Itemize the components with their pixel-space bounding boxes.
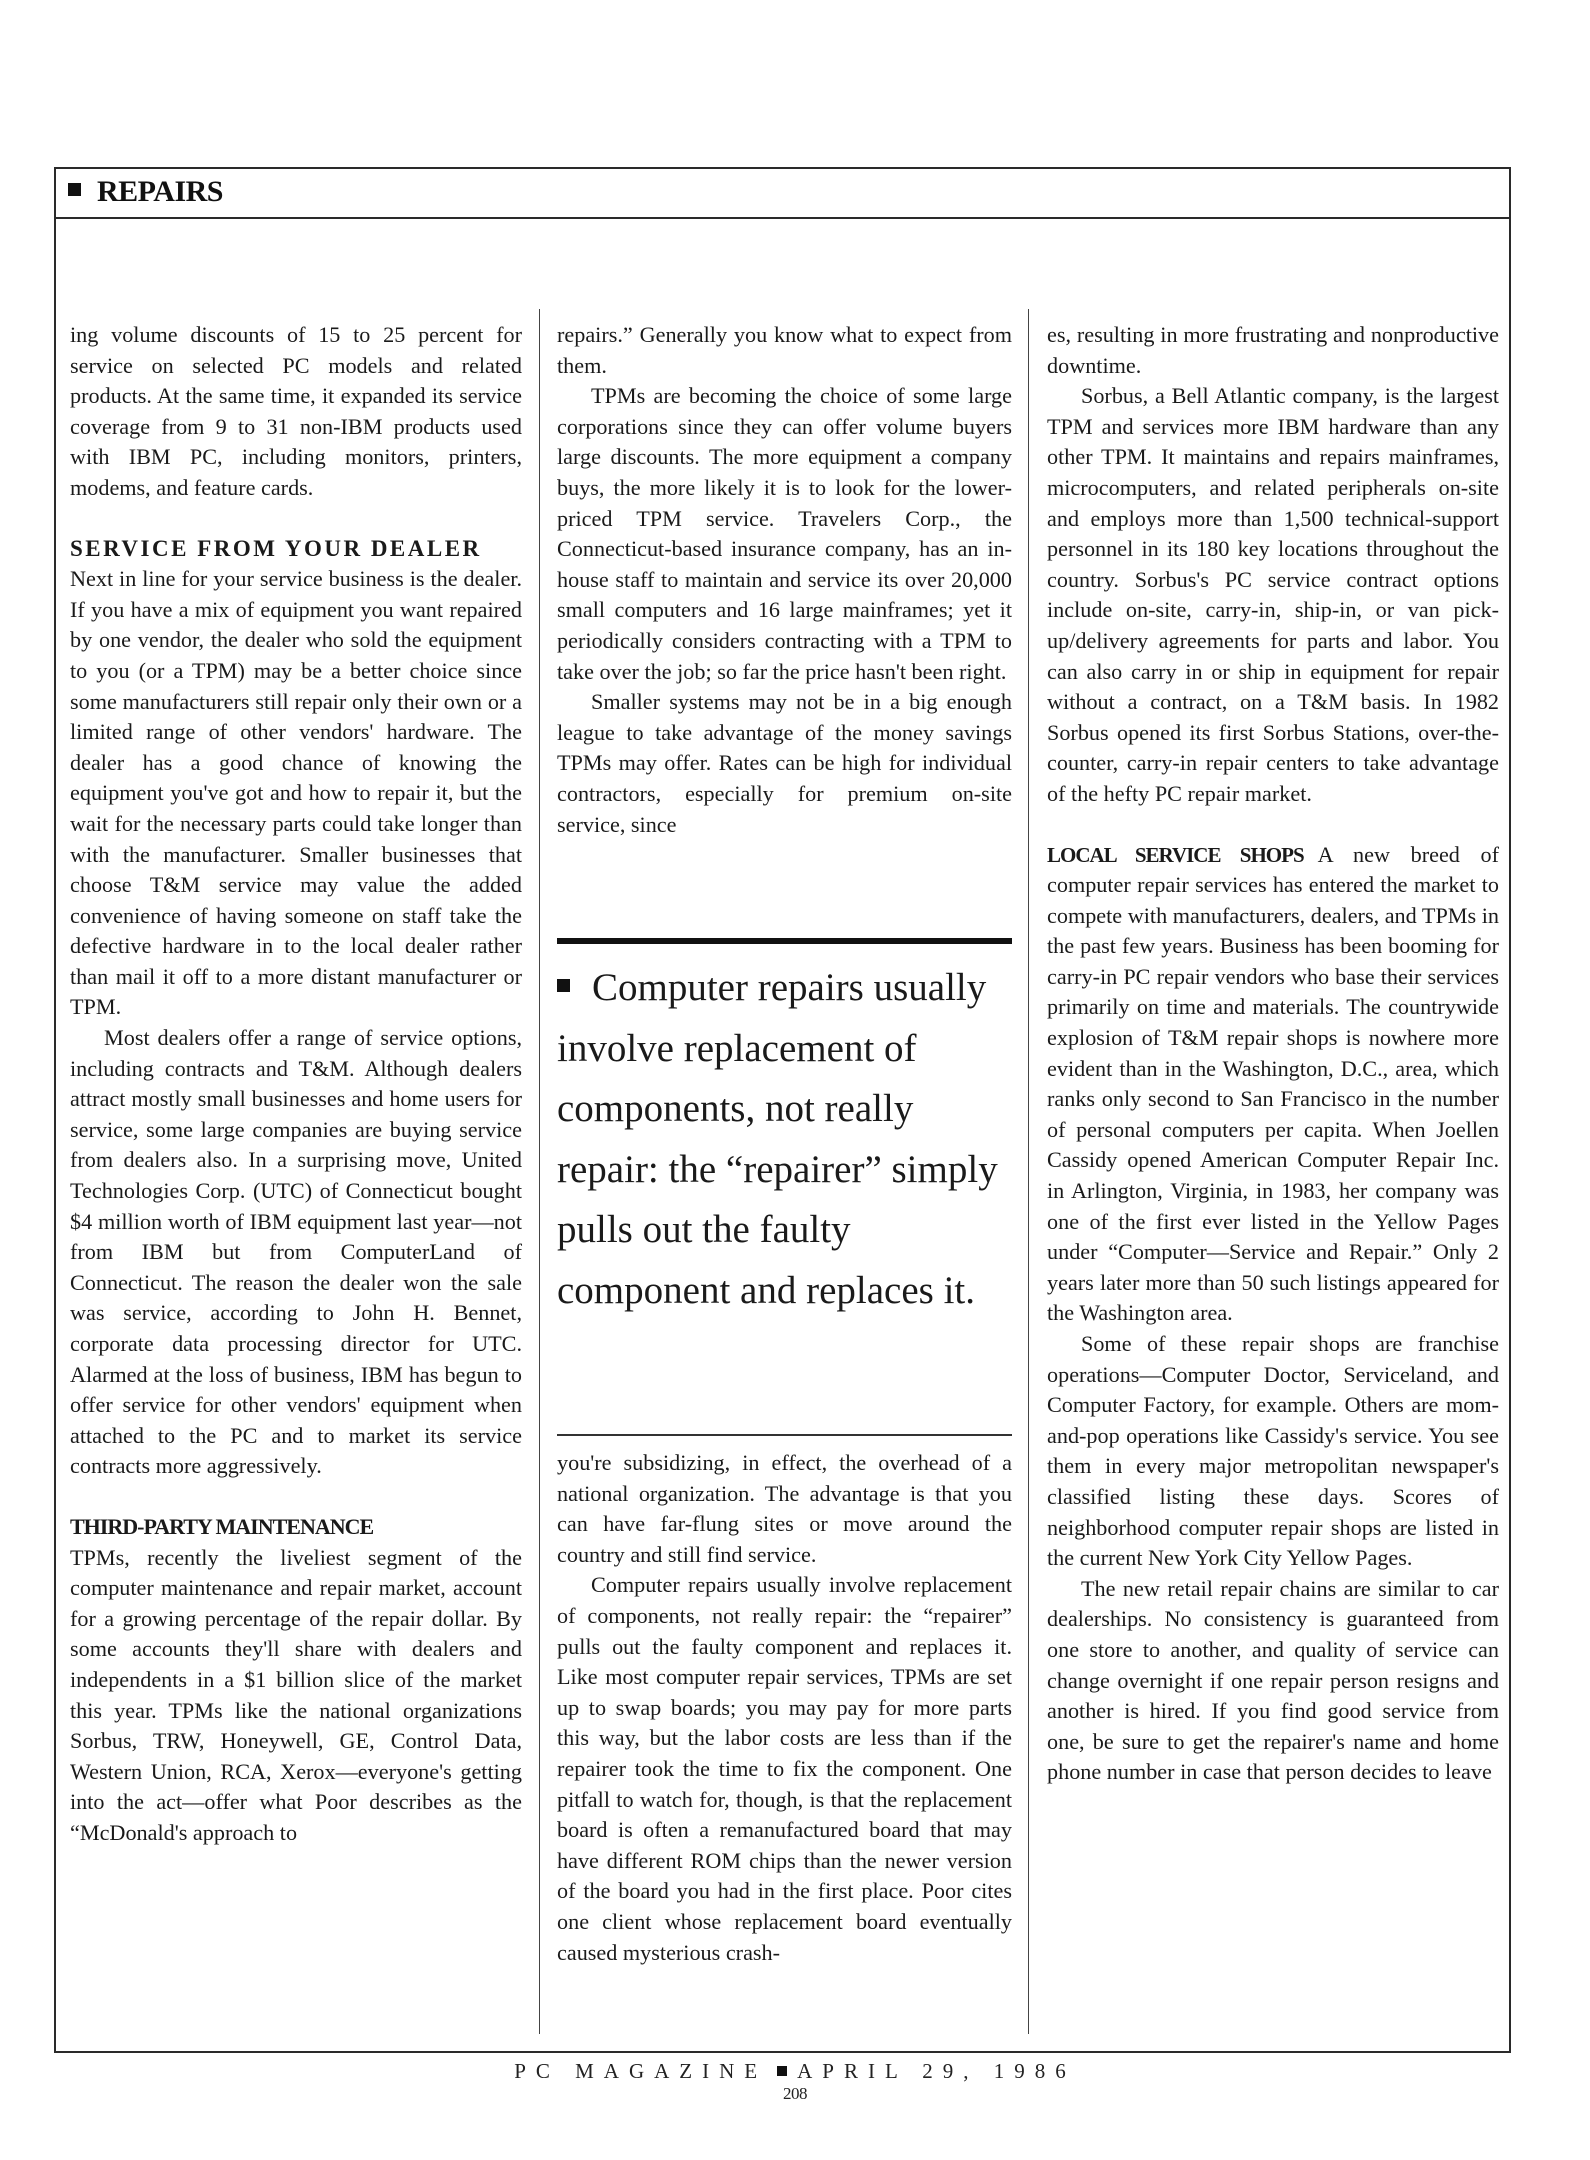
section-header: REPAIRS (56, 169, 1509, 219)
page-frame: REPAIRS ing volume discounts of 15 to 25… (54, 167, 1511, 2053)
paragraph: es, resulting in more frustrating and no… (1047, 320, 1499, 381)
section-label: REPAIRS (68, 175, 223, 209)
page-footer: PC MAGAZINEAPRIL 29, 1986 208 (0, 2059, 1590, 2104)
spacer (1047, 810, 1499, 840)
subhead-service-from-dealer: SERVICE FROM YOUR DEALER (70, 534, 522, 565)
paragraph: The new retail repair chains are similar… (1047, 1574, 1499, 1788)
paragraph: TPMs, recently the liveliest segment of … (70, 1543, 522, 1849)
page-number: 208 (0, 2084, 1590, 2104)
square-bullet-icon (68, 183, 81, 196)
column-divider (539, 309, 540, 2034)
paragraph: you're subsidizing, in effect, the overh… (557, 1448, 1012, 1570)
column-3: es, resulting in more frustrating and no… (1047, 320, 1499, 1788)
square-bullet-icon (557, 979, 570, 992)
footer-masthead: PC MAGAZINEAPRIL 29, 1986 (0, 2059, 1590, 2084)
paragraph: Some of these repair shops are franchise… (1047, 1329, 1499, 1574)
section-title: REPAIRS (97, 175, 223, 208)
paragraph: ing volume discounts of 15 to 25 percent… (70, 320, 522, 504)
subhead-third-party-maintenance: THIRD-PARTY MAINTENANCE (70, 1512, 522, 1543)
square-bullet-icon (777, 2066, 787, 2076)
pull-quote-bottom-rule (557, 1434, 1012, 1436)
paragraph-text: A new breed of computer repair services … (1047, 842, 1499, 1326)
pull-quote-body: Computer repairs usually involve replace… (557, 966, 998, 1312)
pull-quote-top-rule (557, 938, 1012, 944)
paragraph-local-shops: LOCAL SERVICE SHOPSA new breed of comput… (1047, 840, 1499, 1330)
column-2-top: repairs.” Generally you know what to exp… (557, 320, 1012, 840)
paragraph: repairs.” Generally you know what to exp… (557, 320, 1012, 381)
pull-quote-text: Computer repairs usually involve replace… (557, 958, 1012, 1321)
paragraph: Sorbus, a Bell Atlantic company, is the … (1047, 381, 1499, 809)
paragraph: TPMs are becoming the choice of some lar… (557, 381, 1012, 687)
paragraph: Next in line for your service business i… (70, 564, 522, 1023)
column-2-bottom: you're subsidizing, in effect, the overh… (557, 1448, 1012, 1968)
column-divider (1028, 309, 1029, 2034)
paragraph: Most dealers offer a range of service op… (70, 1023, 522, 1482)
subhead-local-service-shops: LOCAL SERVICE SHOPS (1047, 843, 1304, 867)
pull-quote: Computer repairs usually involve replace… (557, 938, 1012, 1321)
paragraph: Computer repairs usually involve replace… (557, 1570, 1012, 1968)
paragraph: Smaller systems may not be in a big enou… (557, 687, 1012, 840)
issue-date: APRIL 29, 1986 (797, 2059, 1076, 2083)
magazine-name: PC MAGAZINE (514, 2059, 767, 2083)
column-1: ing volume discounts of 15 to 25 percent… (70, 320, 522, 1849)
